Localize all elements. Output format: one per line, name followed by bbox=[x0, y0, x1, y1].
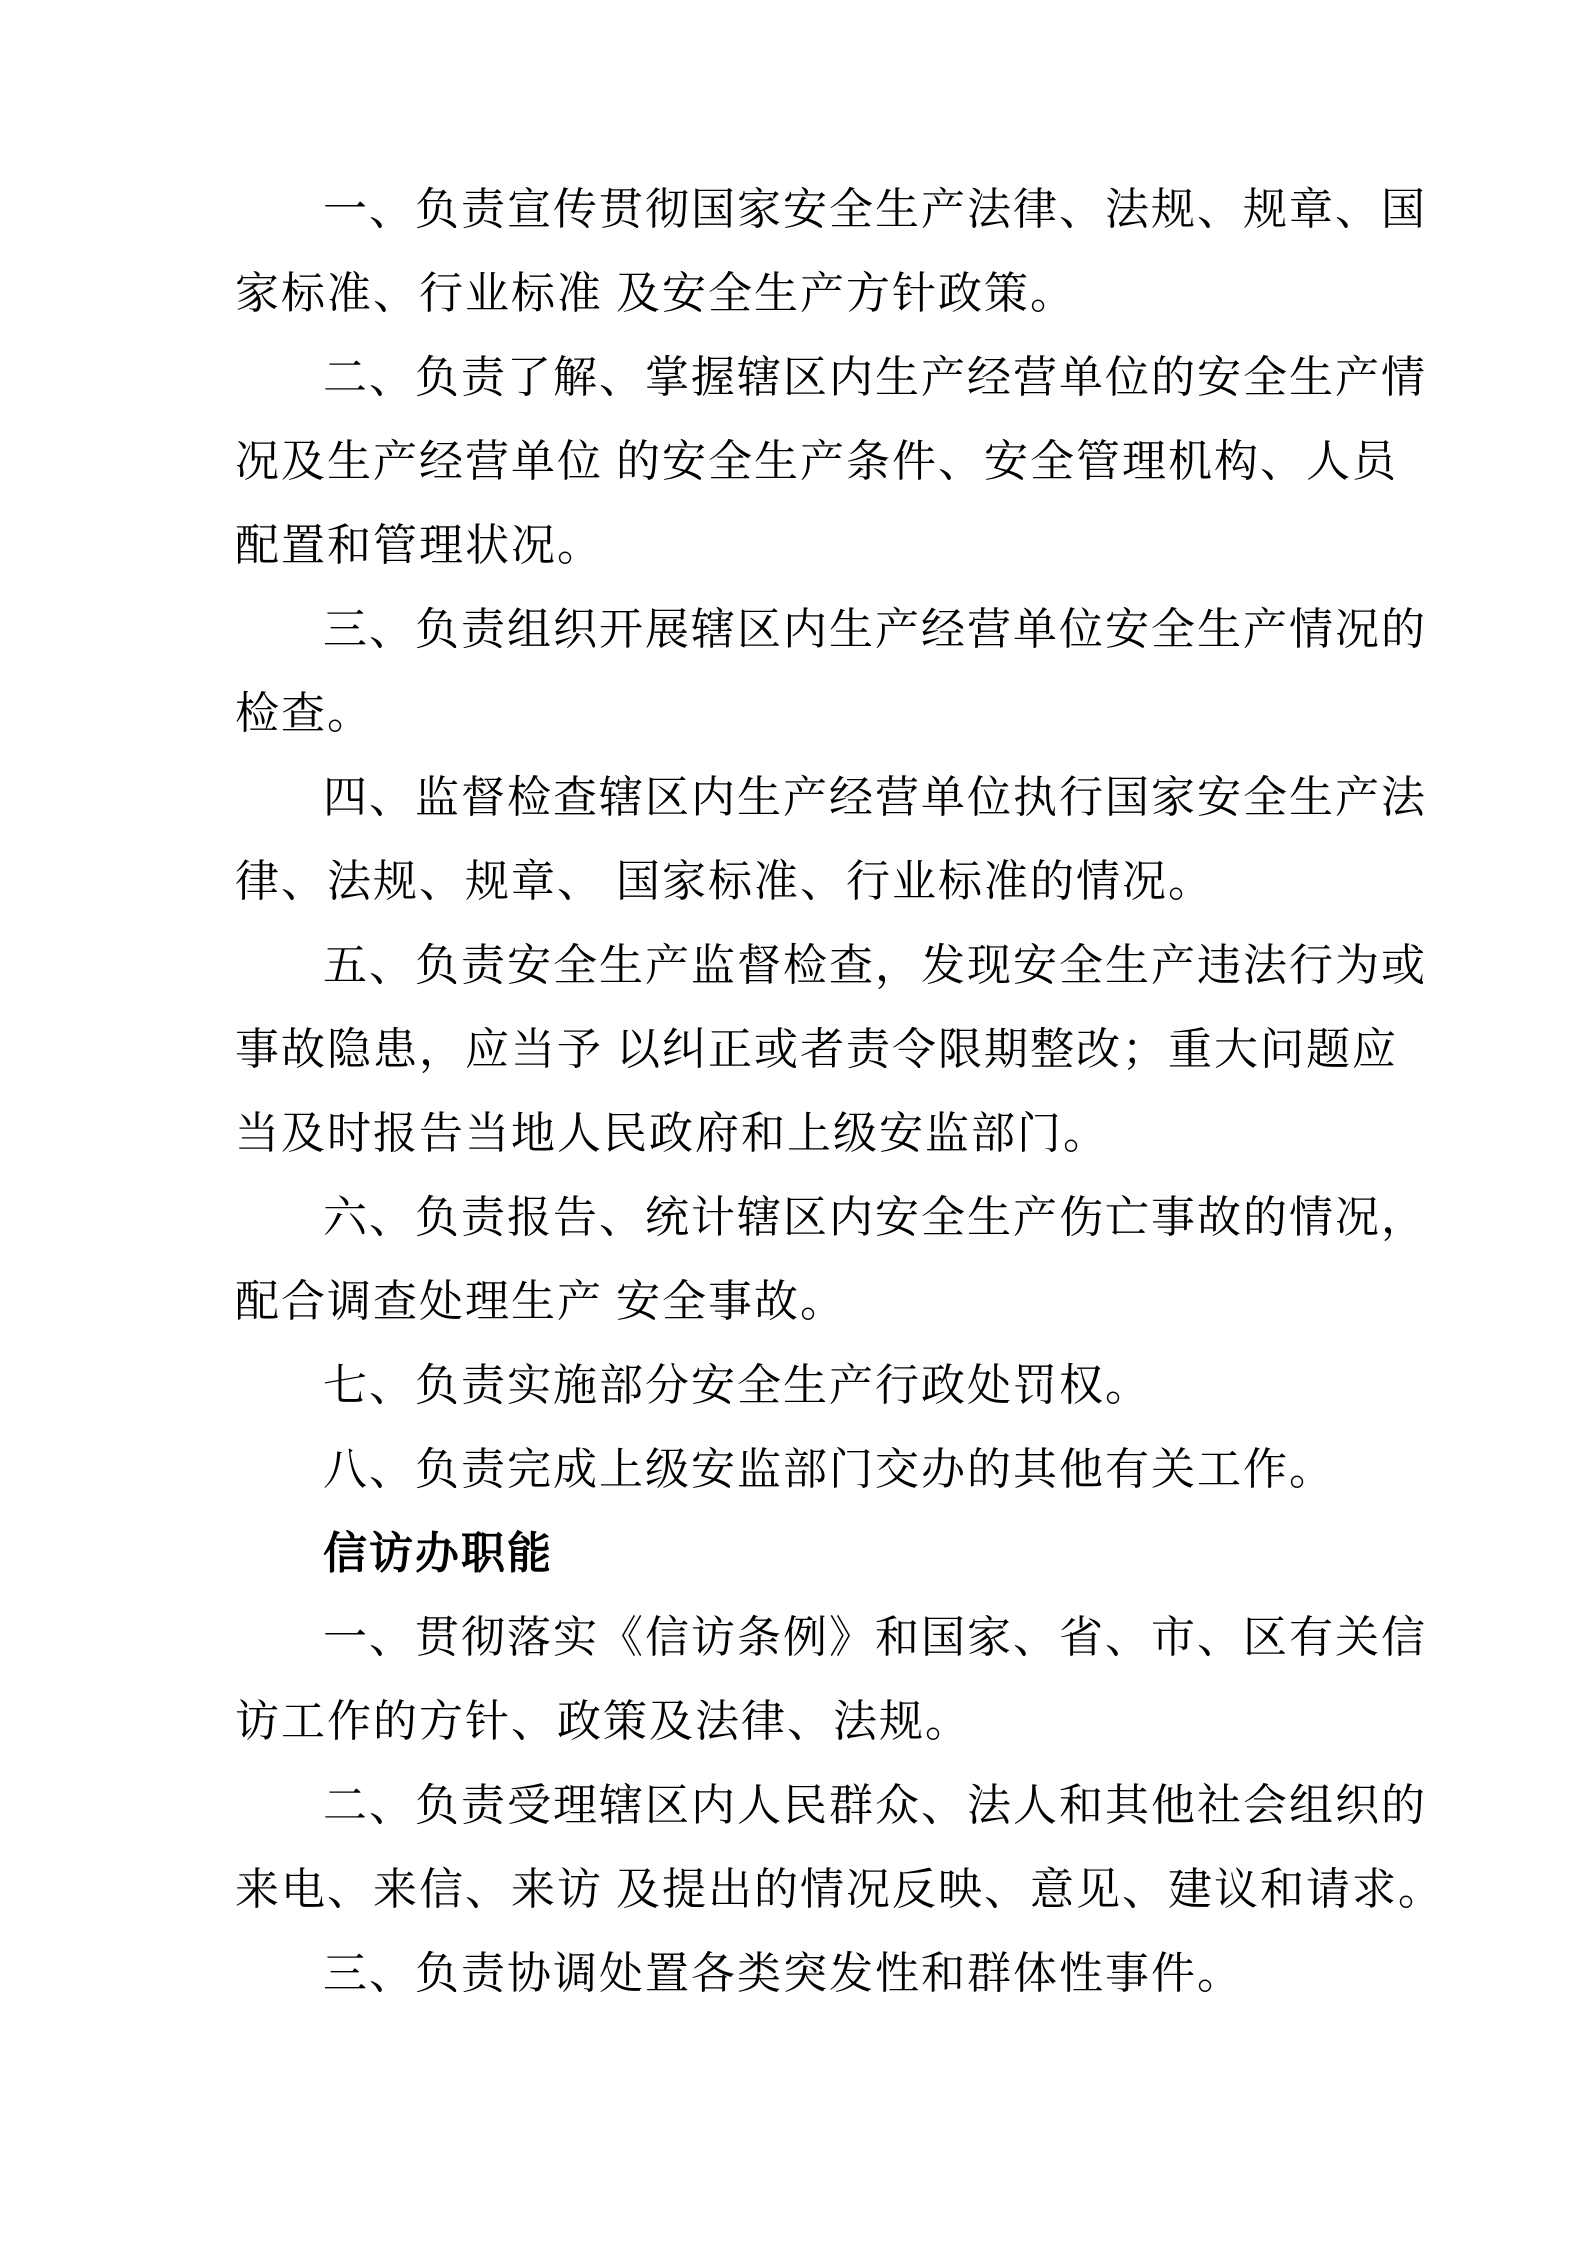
text-line: 三、负责协调处置各类突发性和群体性事件。 bbox=[235, 1932, 1387, 2016]
text-line: 配合调查处理生产 安全事故。 bbox=[235, 1260, 1387, 1344]
text-line: 检查。 bbox=[235, 672, 1387, 756]
text-line: 五、负责安全生产监督检查，发现安全生产违法行为或 bbox=[235, 924, 1387, 1008]
text-line: 来电、来信、来访 及提出的情况反映、意见、建议和请求。 bbox=[235, 1848, 1387, 1932]
text-line: 况及生产经营单位 的安全生产条件、安全管理机构、人员 bbox=[235, 420, 1387, 504]
text-line: 家标准、行业标准 及安全生产方针政策。 bbox=[235, 252, 1387, 336]
text-line: 配置和管理状况。 bbox=[235, 504, 1387, 588]
text-line: 二、负责了解、掌握辖区内生产经营单位的安全生产情 bbox=[235, 336, 1387, 420]
text-line: 事故隐患，应当予 以纠正或者责令限期整改；重大问题应 bbox=[235, 1008, 1387, 1092]
text-line: 三、负责组织开展辖区内生产经营单位安全生产情况的 bbox=[235, 588, 1387, 672]
text-line: 二、负责受理辖区内人民群众、法人和其他社会组织的 bbox=[235, 1764, 1387, 1848]
text-line: 当及时报告当地人民政府和上级安监部门。 bbox=[235, 1092, 1387, 1176]
text-line: 七、负责实施部分安全生产行政处罚权。 bbox=[235, 1344, 1387, 1428]
text-line: 访工作的方针、政策及法律、法规。 bbox=[235, 1680, 1387, 1764]
document-page: 一、负责宣传贯彻国家安全生产法律、法规、规章、国 家标准、行业标准 及安全生产方… bbox=[0, 0, 1587, 2245]
text-line: 律、法规、规章、 国家标准、行业标准的情况。 bbox=[235, 840, 1387, 924]
text-line: 一、负责宣传贯彻国家安全生产法律、法规、规章、国 bbox=[235, 168, 1387, 252]
text-line: 四、监督检查辖区内生产经营单位执行国家安全生产法 bbox=[235, 756, 1387, 840]
text-line: 八、负责完成上级安监部门交办的其他有关工作。 bbox=[235, 1428, 1387, 1512]
text-line: 一、贯彻落实《信访条例》和国家、省、市、区有关信 bbox=[235, 1596, 1387, 1680]
text-line: 六、负责报告、统计辖区内安全生产伤亡事故的情况， bbox=[235, 1176, 1387, 1260]
section-heading: 信访办职能 bbox=[235, 1512, 1387, 1596]
